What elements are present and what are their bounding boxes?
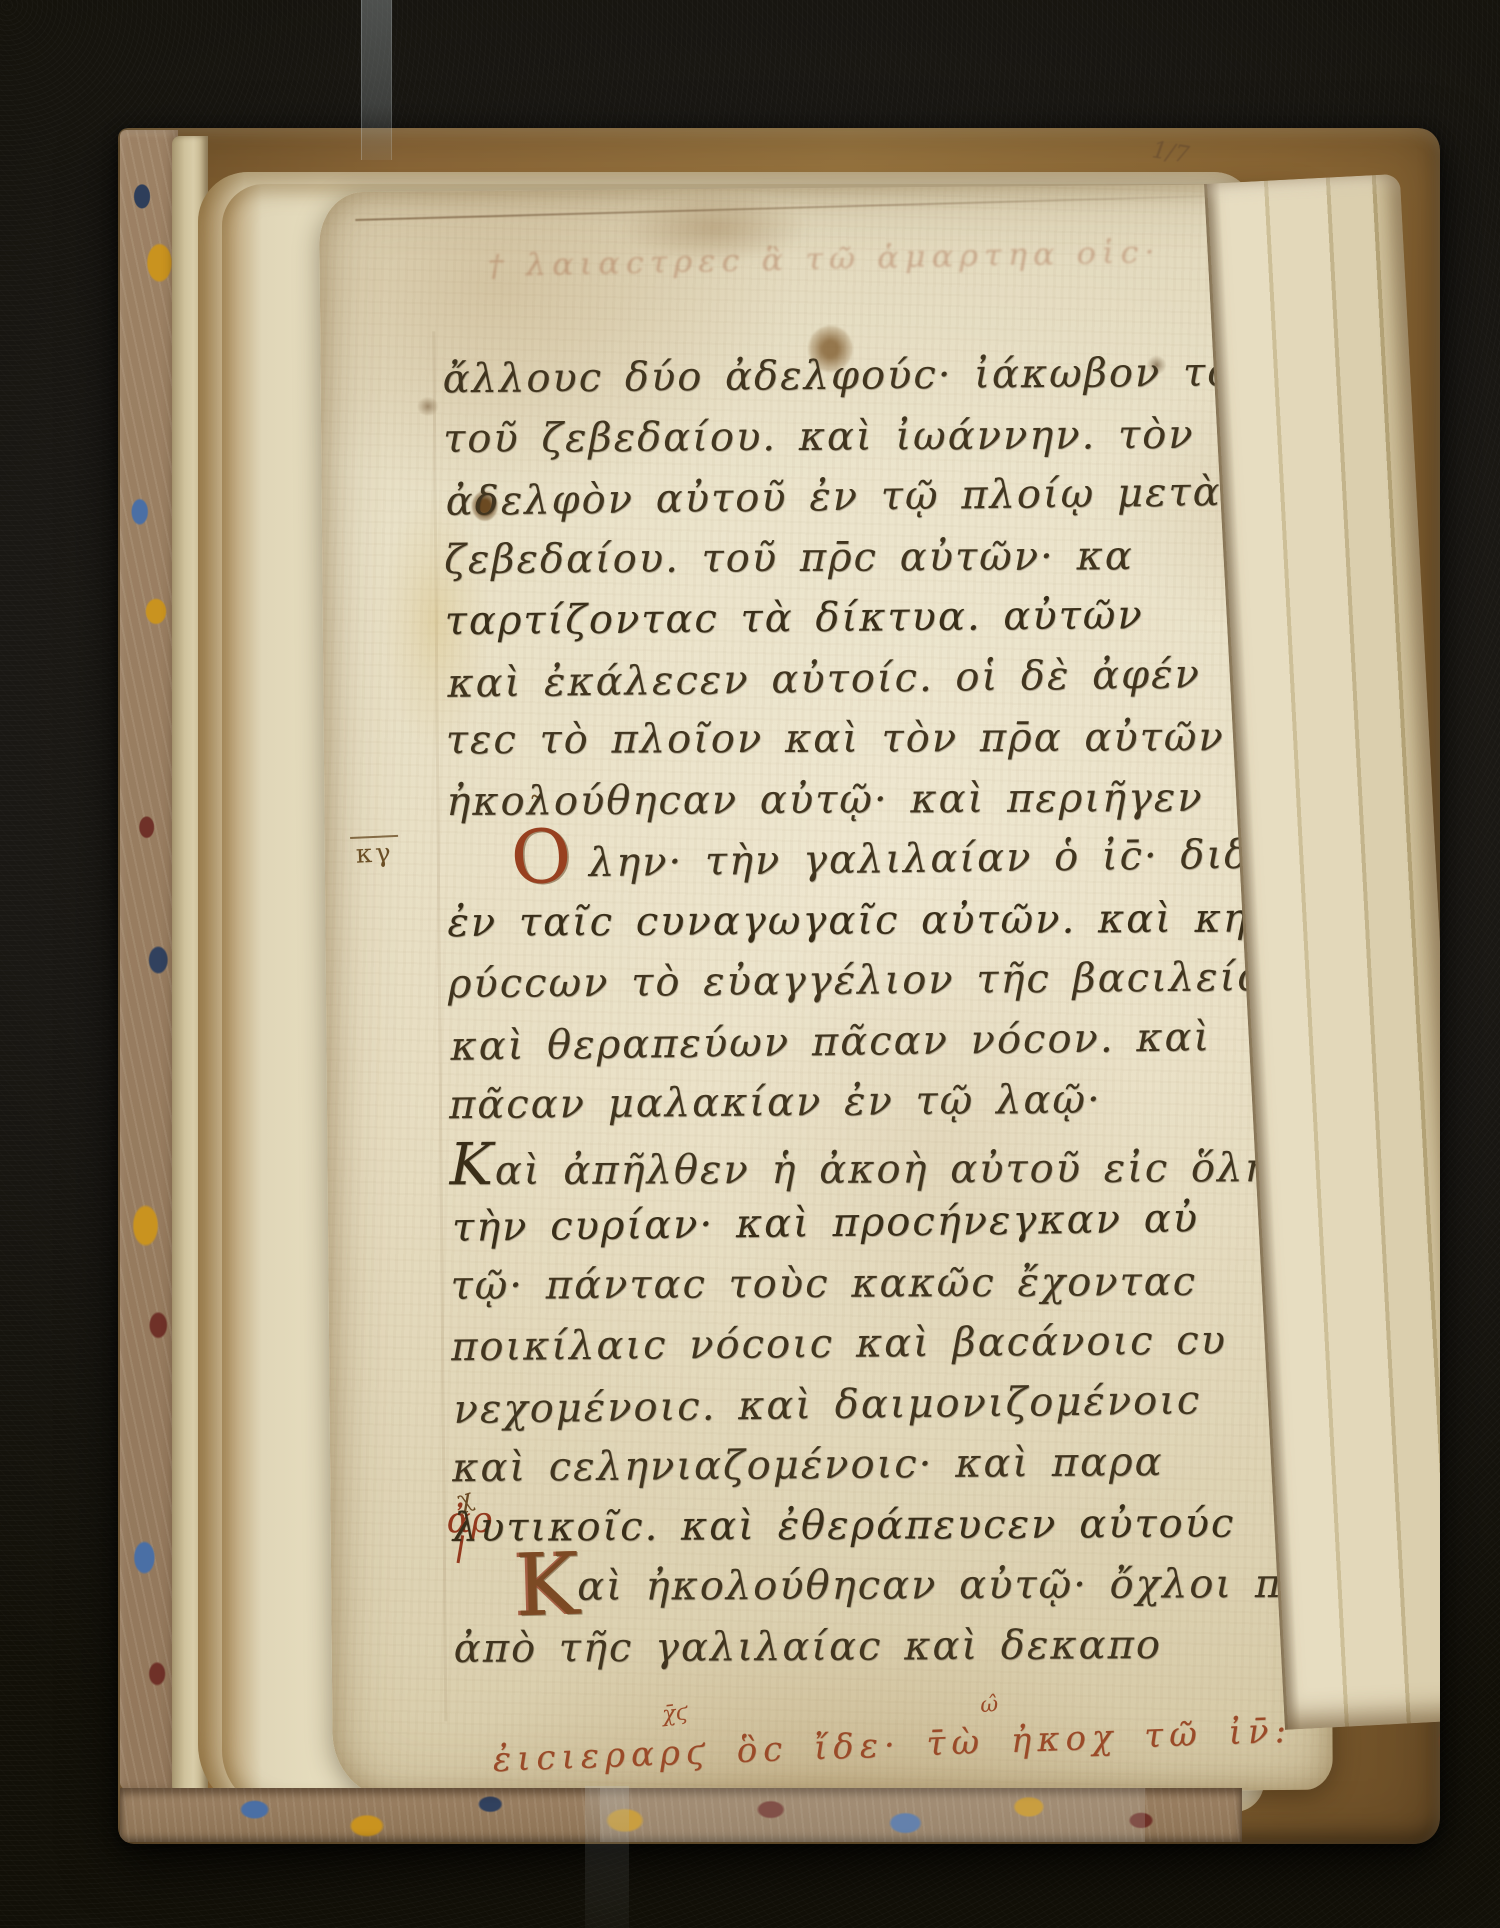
page-crease: [355, 193, 1285, 221]
text-line: καὶ ϲεληνιαζομένοιϲ· καὶ παρα: [452, 1431, 1282, 1499]
text-line: ἀδελφὸν αὐτοῦ ἐν τῷ πλοίῳ μετὰ: [445, 461, 1276, 532]
marbled-endpaper-edge: [120, 130, 178, 1790]
kephalaion-number: κγ: [350, 835, 399, 870]
text-line: ρύϲϲων τὸ εὐαγγέλιον τῆϲ βαϲιλείαϲ: [448, 947, 1278, 1015]
text-line: λην· τὴν γαλιλαίαν ὁ ἰϲ̄· διδάϲκων: [449, 824, 1280, 895]
corner-jotting: 1/7: [1150, 137, 1191, 168]
text-block: ἄλλουϲ δύο ἀδελφούϲ· ἰάκωβον τὸν τοῦ ζεβ…: [442, 342, 1284, 1680]
text-line: πᾶϲαν μαλακίαν ἐν τῷ λαῷ·: [449, 1068, 1279, 1136]
text-line: ἐν ταῖϲ ϲυναγωγαῖϲ αὐτῶν. καὶ κη: [447, 888, 1277, 953]
text-line: ἠκολούθηϲαν αὐτῷ· καὶ περιῆγεν: [446, 767, 1276, 832]
text-line: ζεβεδαίου. τοῦ πρ̄ϲ αὐτῶν· κα: [444, 525, 1274, 590]
rubric-superscript: χ̄ϛ: [661, 1700, 689, 1728]
text-line: καὶ ἐκάλεϲεν αὐτοίϲ. οἱ δὲ ἀφέν: [447, 643, 1278, 714]
text-line: τῷ· πάνταϲ τοὺϲ κακῶϲ ἔχονταϲ: [450, 1251, 1280, 1316]
text-line: καὶ θεραπεύων πᾶϲαν νόϲον. καὶ: [450, 1006, 1281, 1077]
text-line: τεϲ τὸ πλοῖον καὶ τὸν πρ̄α αὐτῶν: [446, 707, 1276, 771]
bound-manuscript-book: † λαιαϲτρεϲ ἃ τῶ ἁμαρτηα οἱϲ· κγ ῀ Ο χ ἀ…: [118, 128, 1440, 1844]
text-line: τὴν ϲυρίαν· καὶ προϲήνεγκαν αὐ: [452, 1187, 1283, 1258]
imaging-strap-bottom: [585, 1786, 629, 1928]
manuscript-page: † λαιαϲτρεϲ ἃ τῶ ἁμαρτηα οἱϲ· κγ ῀ Ο χ ἀ…: [319, 184, 1333, 1799]
rubric-superscript-2: ω̂: [979, 1692, 999, 1718]
running-title-faded: † λαιαϲτρεϲ ἃ τῶ ἁμαρτηα οἱϲ·: [487, 234, 1161, 283]
text-line: λυτικοῖϲ. καὶ ἐθεράπευϲεν αὐτούϲ: [453, 1493, 1283, 1558]
text-line: ἀπὸ τῆϲ γαλιλαίαϲ καὶ δεκαπο: [454, 1614, 1284, 1679]
text-line: ποικίλαιϲ νόϲοιϲ καὶ βαϲάνοιϲ ϲυ: [451, 1310, 1281, 1378]
text-line: ταρτίζονταϲ τὰ δίκτυα. αὐτῶν: [444, 584, 1274, 652]
text-line: Καὶ ἀπῆλθεν ἡ ἀκοὴ αὐτοῦ εἰϲ ὅλην: [449, 1131, 1279, 1195]
text-line: αὶ ἠκολούθηϲαν αὐτῷ· ὄχλοι πολλοὶ: [453, 1554, 1283, 1618]
imaging-strap-top: [361, 0, 392, 160]
manuscript-photo: † λαιαϲτρεϲ ἃ τῶ ἁμαρτηα οἱϲ· κγ ῀ Ο χ ἀ…: [0, 0, 1500, 1928]
text-line: ἄλλουϲ δύο ἀδελφούϲ· ἰάκωβον τὸν: [442, 342, 1272, 410]
text-line: τοῦ ζεβεδαίου. καὶ ἰωάννην. τὸν: [443, 404, 1273, 469]
marbled-endpaper-bottom: [120, 1788, 1242, 1842]
rubric-footer: ἐιϲιεραρϛ ὃϲ ἴδε· τ̄ὼ ἠκοχ τῶ ἰν̄:: [492, 1711, 1293, 1780]
text-line: νεχομένοιϲ. καὶ δαιμονιζομένοιϲ: [453, 1369, 1284, 1440]
